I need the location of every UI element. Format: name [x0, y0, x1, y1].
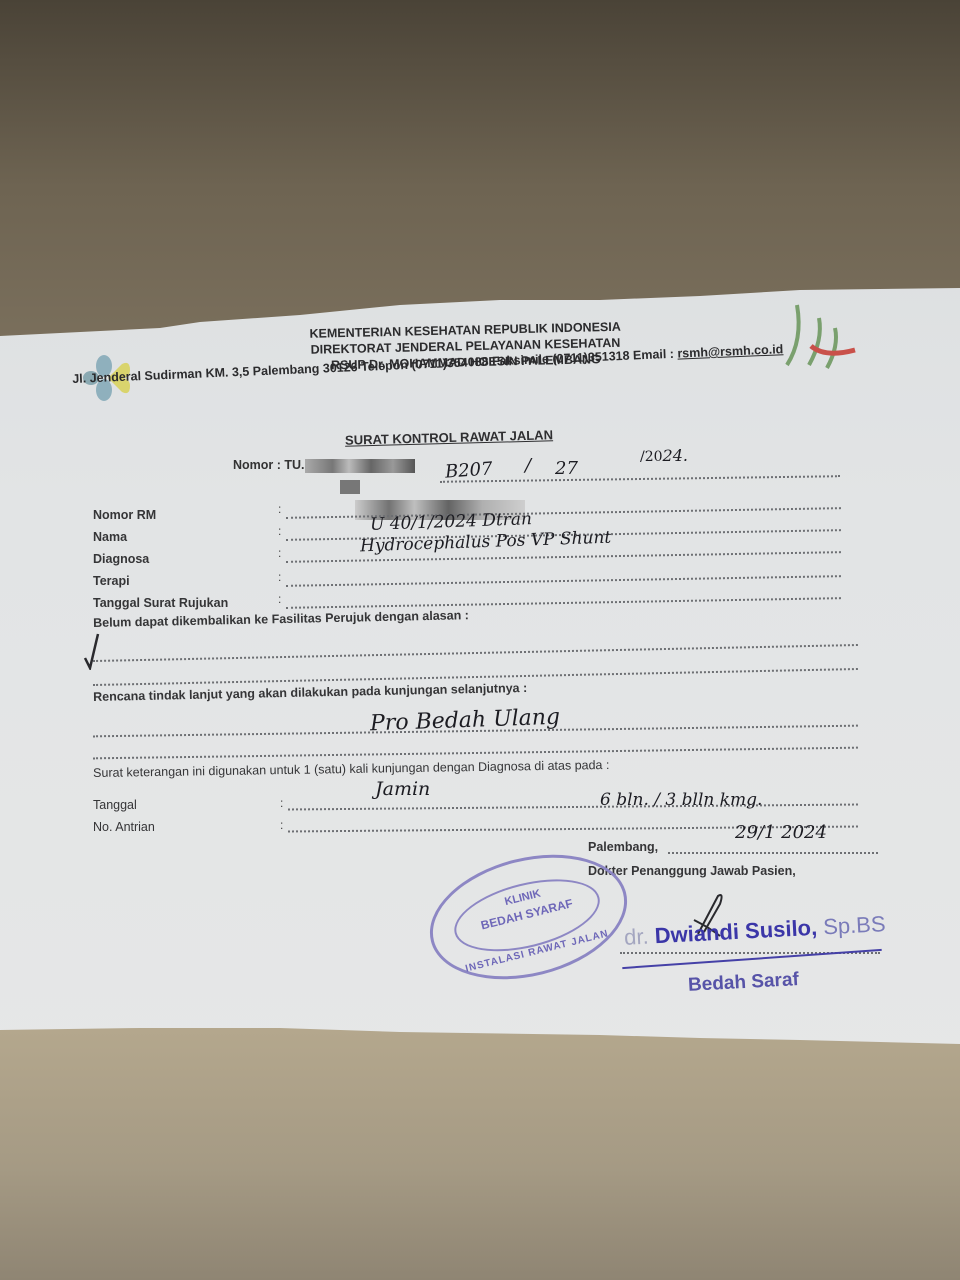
field-line-tanggal-surat-rujukan: [286, 597, 841, 609]
colon: :: [278, 570, 281, 584]
doctor-name: Dwiandi Susilo,: [654, 915, 818, 948]
usage-label: Surat keterangan ini digunakan untuk 1 (…: [93, 758, 609, 780]
colon: :: [278, 524, 281, 538]
check-icon: [82, 630, 104, 670]
visit-line-tanggal: [288, 804, 858, 811]
plan-line-2: [93, 747, 858, 760]
signoff-date: 29/1 2024: [735, 822, 827, 843]
document-title: SURAT KONTROL RAWAT JALAN: [345, 427, 553, 447]
field-label-tanggal-surat-rujukan: Tanggal Surat Rujukan: [93, 596, 228, 610]
field-label-nomor-rm: Nomor RM: [93, 508, 156, 522]
signoff-city: Palembang,: [588, 840, 658, 854]
field-label-nama: Nama: [93, 530, 127, 544]
colon: :: [280, 818, 283, 832]
nomor-handwritten-code: B207: [444, 458, 493, 482]
visit-value-tanggal-extra: 6 bln. / 3 blln kmg.: [600, 790, 762, 810]
letter-number: Nomor : TU.: [233, 458, 415, 473]
department: Bedah Saraf: [688, 969, 800, 997]
redacted-block-2: [340, 480, 360, 494]
redacted-block: [305, 459, 415, 473]
nomor-dotted-line: [440, 475, 840, 483]
field-line-terapi: [286, 575, 841, 587]
visit-label-no-antrian: No. Antrian: [93, 820, 155, 834]
plan-value: Pro Bedah Ulang: [370, 705, 561, 737]
nomor-year: /2024.: [640, 446, 688, 465]
background-bottom: [0, 1000, 960, 1280]
visit-label-tanggal: Tanggal: [93, 798, 137, 812]
doctor-name-stamp: dr. Dwiandi Susilo, Sp.BS: [623, 911, 886, 951]
colon: :: [278, 546, 281, 560]
doctor-prefix: dr.: [623, 924, 649, 950]
visit-value-tanggal: Jamin: [375, 778, 430, 800]
nomor-handwritten-num: 27: [555, 458, 578, 479]
reason-label: Belum dapat dikembalikan ke Fasilitas Pe…: [93, 608, 469, 630]
year-suffix: 24.: [663, 446, 688, 465]
signoff-role: Dokter Penanggung Jawab Pasien,: [588, 864, 796, 878]
background-top: [0, 0, 960, 340]
signoff-date-line: [668, 852, 878, 854]
colon: :: [278, 592, 281, 606]
field-label-diagnosa: Diagnosa: [93, 552, 149, 566]
colon: :: [280, 796, 283, 810]
nomor-handwritten-sep: /: [525, 455, 531, 476]
reason-line-1: [93, 644, 858, 662]
clinic-stamp: KLINIK BEDAH SYARAF INSTALASI RAWAT JALA…: [417, 835, 641, 998]
colon: :: [278, 502, 281, 516]
year-prefix: /20: [640, 449, 663, 465]
nomor-label: Nomor : TU.: [233, 458, 305, 472]
rsmh-logo-icon: [765, 300, 865, 370]
doctor-suffix: Sp.BS: [823, 911, 887, 939]
field-label-terapi: Terapi: [93, 574, 130, 588]
